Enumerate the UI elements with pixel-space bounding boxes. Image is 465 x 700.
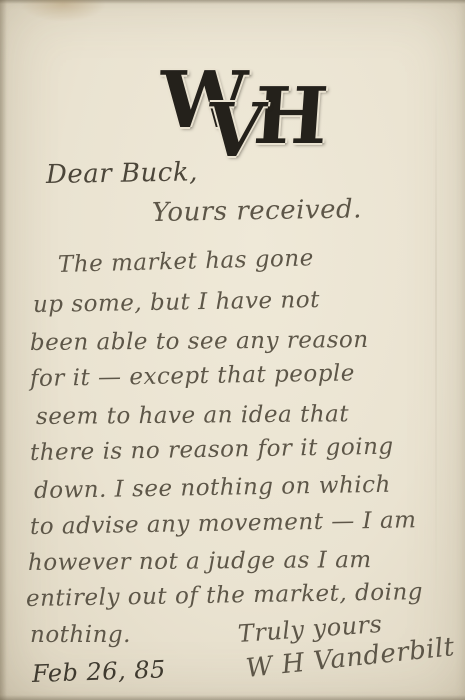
paper-edge-bottom [0, 695, 465, 700]
monogram-letter-v: V [201, 94, 269, 168]
body-line: entirely out of the market, doing [26, 579, 423, 612]
body-line: however not a judge as I am [28, 547, 372, 576]
body-line: nothing. [30, 622, 131, 648]
body-line: down. I see nothing on which [34, 472, 391, 504]
body-line: The market has gone [58, 245, 314, 278]
body-line: seem to have an idea that [36, 401, 349, 430]
body-line: to advise any movement — I am [30, 507, 417, 540]
paper-edge-left [0, 0, 7, 700]
body-line: for it — except that people [30, 360, 355, 392]
salutation: Dear Buck, [46, 157, 198, 190]
date: Feb 26, 85 [32, 655, 167, 688]
body-line: up some, but I have not [33, 287, 320, 318]
letter-photo: W H V Dear Buck, Yours received. The mar… [0, 0, 465, 700]
wvh-monogram: W H V [160, 66, 345, 171]
paper-stain [20, 0, 106, 22]
body-line: been able to see any reason [30, 327, 369, 356]
opening-line: Yours received. [152, 194, 362, 228]
paper-crease [435, 60, 437, 620]
body-line: there is no reason for it going [30, 434, 394, 466]
